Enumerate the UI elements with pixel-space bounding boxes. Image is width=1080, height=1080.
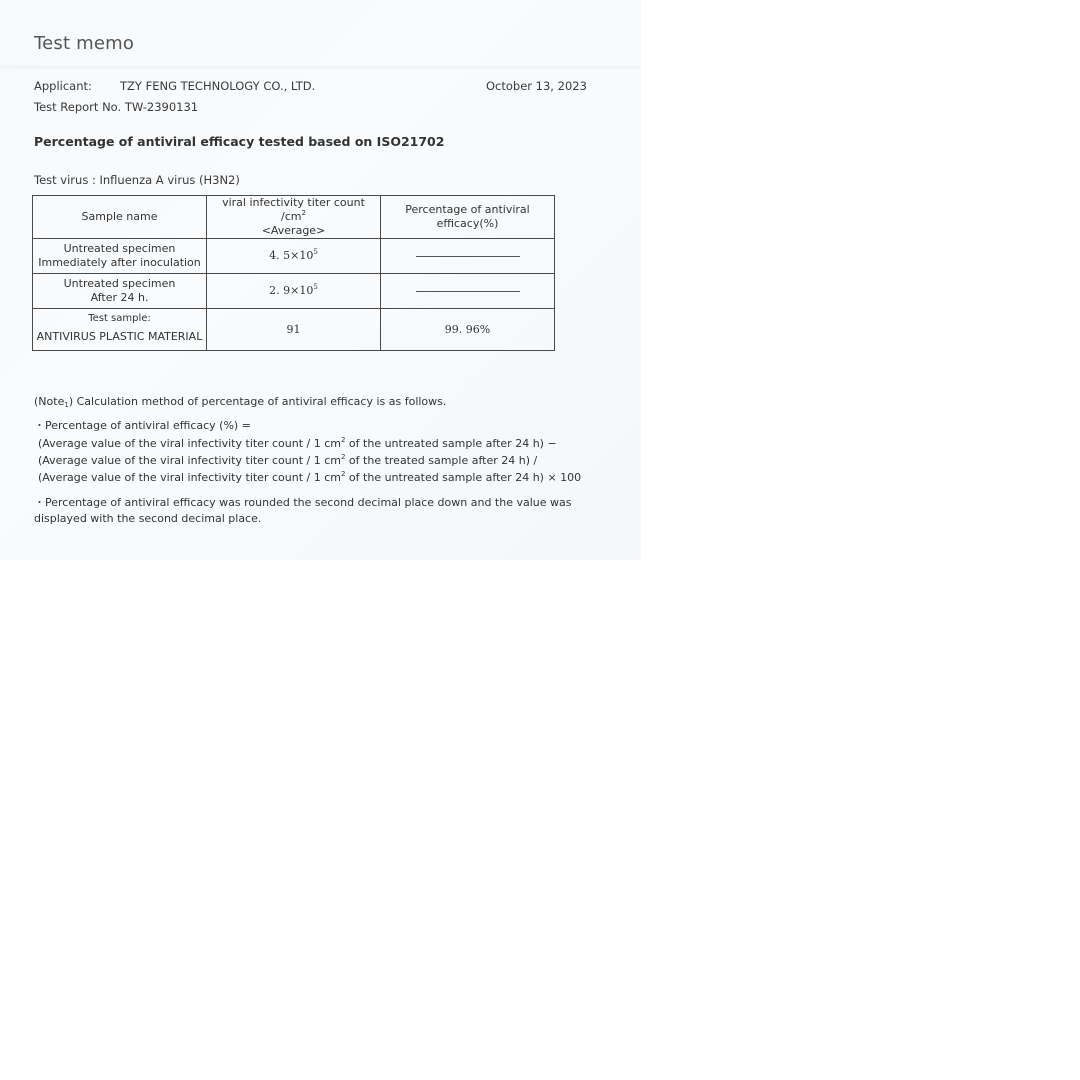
memo-date: October 13, 2023 bbox=[486, 79, 587, 93]
header-sample-name: Sample name bbox=[33, 196, 207, 239]
header-efficacy: Percentage of antiviral efficacy(%) bbox=[381, 196, 555, 239]
table-row: Test sample: ANTIVIRUS PLASTIC MATERIAL … bbox=[33, 309, 555, 351]
header-divider bbox=[0, 66, 641, 70]
formula-line: (Average value of the viral infectivity … bbox=[38, 454, 537, 467]
table-row: Untreated specimen After 24 h. 2. 9×105 bbox=[33, 274, 555, 309]
titer-cell: 4. 5×105 bbox=[207, 239, 381, 274]
formula-line: (Average value of the viral infectivity … bbox=[38, 437, 557, 450]
not-applicable-dash bbox=[416, 256, 520, 257]
applicant-value: TZY FENG TECHNOLOGY CO., LTD. bbox=[120, 79, 315, 93]
efficacy-cell: 99. 96% bbox=[381, 309, 555, 351]
report-number: Test Report No. TW-2390131 bbox=[34, 100, 198, 114]
section-heading: Percentage of antiviral efficacy tested … bbox=[34, 134, 444, 149]
memo-title: Test memo bbox=[34, 33, 134, 54]
sample-name-cell: Untreated specimen After 24 h. bbox=[33, 274, 207, 309]
titer-cell: 91 bbox=[207, 309, 381, 351]
efficacy-cell bbox=[381, 274, 555, 309]
rounding-note: ・Percentage of antiviral efficacy was ro… bbox=[34, 494, 572, 510]
test-virus: Test virus : Influenza A virus (H3N2) bbox=[34, 173, 240, 187]
header-titer: viral infectivity titer count /cm2 <Aver… bbox=[207, 196, 381, 239]
efficacy-cell bbox=[381, 239, 555, 274]
applicant-label: Applicant: bbox=[34, 79, 92, 93]
rounding-note-continued: displayed with the second decimal place. bbox=[34, 512, 261, 525]
sample-name-cell: Test sample: ANTIVIRUS PLASTIC MATERIAL bbox=[33, 309, 207, 351]
formula-label: ・Percentage of antiviral efficacy (%) = bbox=[34, 417, 251, 433]
table-row: Untreated specimen Immediately after ino… bbox=[33, 239, 555, 274]
scanned-memo-page: Test memo Applicant: TZY FENG TECHNOLOGY… bbox=[0, 0, 641, 560]
formula-line: (Average value of the viral infectivity … bbox=[38, 471, 581, 484]
not-applicable-dash bbox=[416, 291, 520, 292]
sample-name-cell: Untreated specimen Immediately after ino… bbox=[33, 239, 207, 274]
note-1: (Note1) Calculation method of percentage… bbox=[34, 395, 446, 408]
titer-cell: 2. 9×105 bbox=[207, 274, 381, 309]
results-table: Sample name viral infectivity titer coun… bbox=[32, 195, 555, 351]
table-header-row: Sample name viral infectivity titer coun… bbox=[33, 196, 555, 239]
